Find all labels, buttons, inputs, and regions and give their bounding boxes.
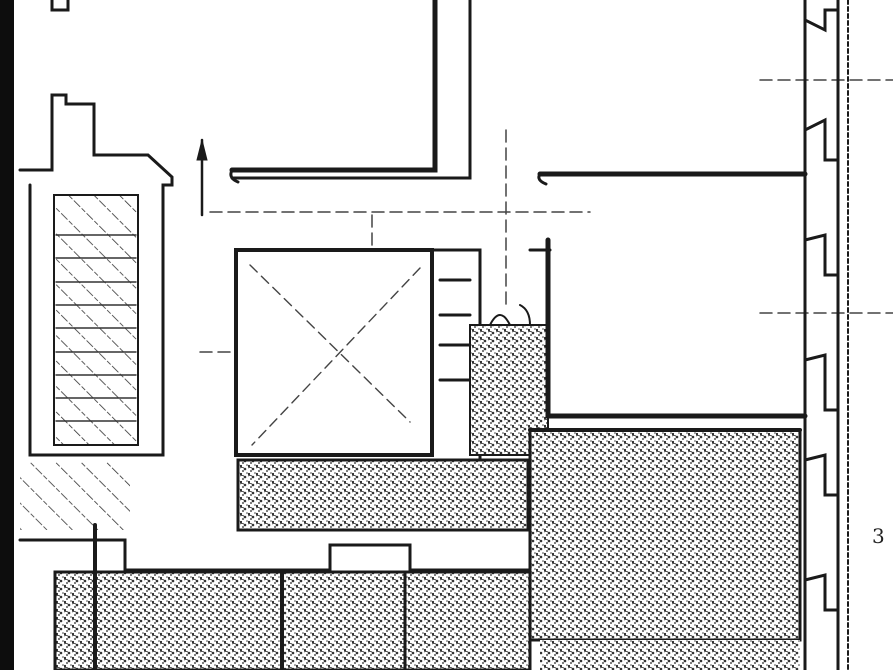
wall — [52, 0, 68, 10]
wall — [548, 240, 805, 416]
staircase — [54, 195, 138, 445]
section-marker: 3 — [872, 524, 885, 548]
wall — [232, 0, 435, 170]
floor-plan — [0, 0, 893, 670]
corridor-slab — [55, 572, 530, 670]
corridor-slab — [238, 460, 528, 530]
scan-border — [0, 0, 14, 670]
corridor-slab — [530, 430, 800, 640]
